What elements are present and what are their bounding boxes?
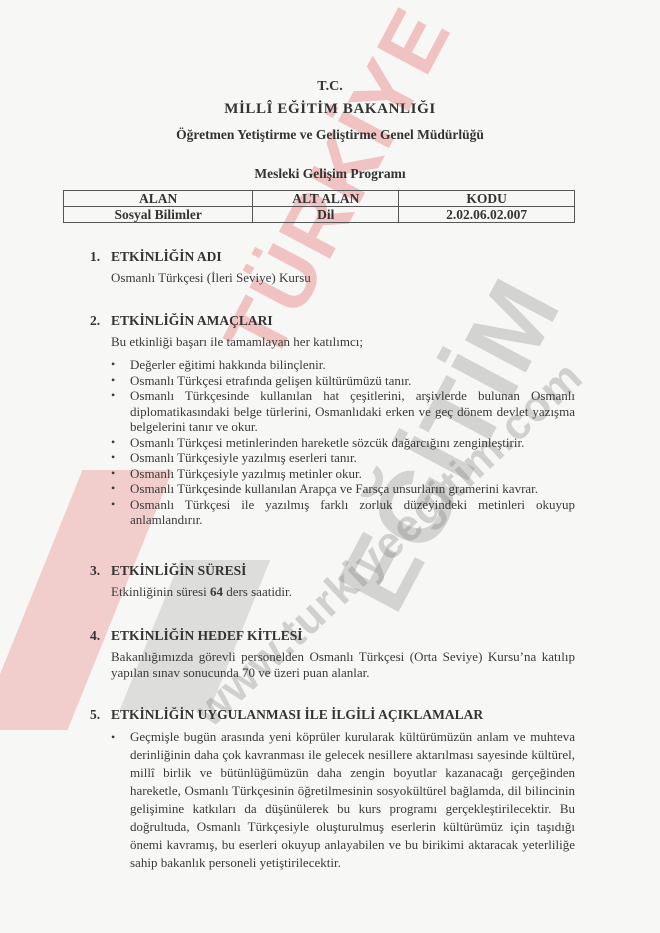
list-item: Değerler eğitimi hakkında bilinçlenir. (111, 357, 575, 373)
table-header-row: ALAN ALT ALAN KODU (64, 191, 575, 207)
header-department: Öğretmen Yetiştirme ve Geliştirme Genel … (0, 127, 660, 143)
section-3-text: Etkinliğinin süresi 64 ders saatidir. (111, 584, 575, 600)
header-program-title: Mesleki Gelişim Programı (0, 166, 660, 182)
section-number: 4. (90, 628, 111, 644)
duration-hours: 64 (210, 584, 223, 599)
section-number: 3. (90, 563, 111, 579)
header-kodu: KODU (399, 191, 575, 207)
header-alt-alan: ALT ALAN (253, 191, 399, 207)
section-2-objectives-list: Değerler eğitimi hakkında bilinçlenir. O… (111, 357, 575, 528)
section-2-intro: Bu etkinliği başarı ile tamamlayan her k… (111, 334, 575, 350)
cell-alan: Sosyal Bilimler (64, 207, 253, 223)
list-item: Osmanlı Türkçesi ile yazılmış farklı zor… (111, 497, 575, 528)
section-4-title: 4.ETKİNLİĞİN HEDEF KİTLESİ (90, 628, 303, 644)
list-item: Osmanlı Türkçesinde kullanılan Arapça ve… (111, 481, 575, 497)
section-1-text: Osmanlı Türkçesi (İleri Seviye) Kursu (111, 270, 575, 286)
section-1-title: 1.ETKİNLİĞİN ADI (90, 249, 222, 265)
section-5-notes-list: Geçmişle bugün arasında yeni köprüler ku… (111, 728, 575, 872)
section-heading: ETKİNLİĞİN ADI (111, 249, 222, 264)
duration-suffix: ders saatidir. (223, 584, 292, 599)
section-4-text: Bakanlığımızda görevli personelden Osman… (111, 649, 575, 681)
list-item: Osmanlı Türkçesinde kullanılan hat çeşit… (111, 388, 575, 435)
section-heading: ETKİNLİĞİN AMAÇLARI (111, 313, 273, 328)
section-heading: ETKİNLİĞİN UYGULANMASI İLE İLGİLİ AÇIKLA… (111, 707, 483, 722)
list-item: Osmanlı Türkçesiyle yazılmış eserleri ta… (111, 450, 575, 466)
section-3-title: 3.ETKİNLİĞİN SÜRESİ (90, 563, 246, 579)
section-2-title: 2.ETKİNLİĞİN AMAÇLARI (90, 313, 273, 329)
cell-kodu: 2.02.06.02.007 (399, 207, 575, 223)
section-number: 2. (90, 313, 111, 329)
section-heading: ETKİNLİĞİN SÜRESİ (111, 563, 246, 578)
list-item: Osmanlı Türkçesi etrafında gelişen kültü… (111, 373, 575, 389)
table-row: Sosyal Bilimler Dil 2.02.06.02.007 (64, 207, 575, 223)
cell-alt-alan: Dil (253, 207, 399, 223)
list-item: Osmanlı Türkçesi metinlerinden hareketle… (111, 435, 575, 451)
list-item: Osmanlı Türkçesiyle yazılmış metinler ok… (111, 466, 575, 482)
list-item: Geçmişle bugün arasında yeni köprüler ku… (111, 728, 575, 872)
section-5-title: 5.ETKİNLİĞİN UYGULANMASI İLE İLGİLİ AÇIK… (90, 707, 483, 723)
program-info-table: ALAN ALT ALAN KODU Sosyal Bilimler Dil 2… (63, 190, 575, 223)
section-number: 1. (90, 249, 111, 265)
section-number: 5. (90, 707, 111, 723)
duration-prefix: Etkinliğinin süresi (111, 584, 210, 599)
header-ministry: MİLLÎ EĞİTİM BAKANLIĞI (0, 101, 660, 118)
header-alan: ALAN (64, 191, 253, 207)
header-tc: T.C. (0, 79, 660, 95)
document-page: TÜRKİYE EĞİTİM www.turkiyeegitim.com T.C… (0, 0, 660, 933)
section-heading: ETKİNLİĞİN HEDEF KİTLESİ (111, 628, 303, 643)
